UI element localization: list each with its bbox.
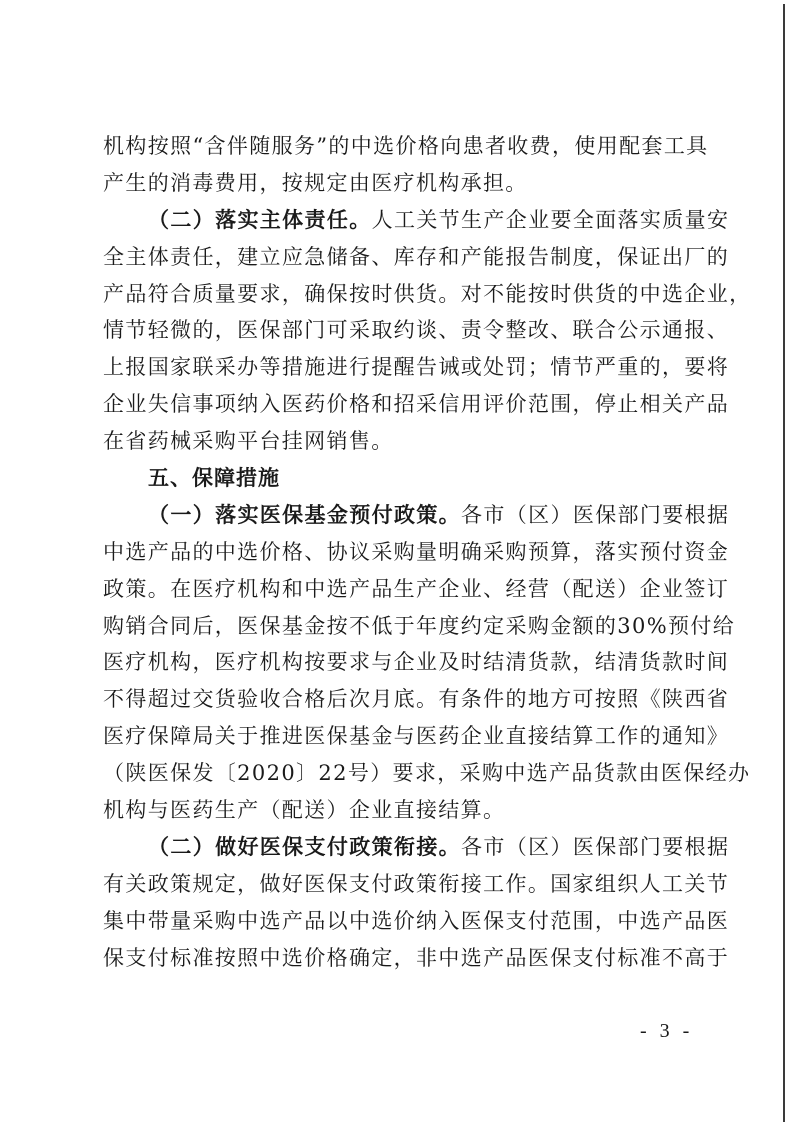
glyph: 陕 xyxy=(125,755,147,792)
glyph: 整 xyxy=(505,312,527,349)
glyph: 业 xyxy=(461,571,483,608)
glyph: 办 xyxy=(728,755,750,792)
glyph: 额 xyxy=(573,608,595,645)
glyph: 供 xyxy=(394,276,416,313)
glyph: 。 xyxy=(528,866,550,903)
glyph: 区 xyxy=(528,829,550,866)
glyph: 策 xyxy=(372,829,394,866)
text-line: 中选产品的中选价格、协议采购量明确采购预算，落实预付资金 xyxy=(103,534,695,571)
glyph: 市 xyxy=(483,829,505,866)
glyph: 有 xyxy=(103,866,125,903)
glyph: 时 xyxy=(461,644,483,681)
glyph: 0 xyxy=(252,755,267,792)
glyph: 机 xyxy=(148,644,170,681)
glyph: 预 xyxy=(640,534,662,571)
glyph: 诫 xyxy=(438,349,460,386)
section-heading: 五、保障措施 xyxy=(103,460,695,497)
glyph: 保 xyxy=(327,276,349,313)
glyph: 保 xyxy=(595,829,617,866)
glyph: 医 xyxy=(461,903,483,940)
glyph: 中 xyxy=(260,940,282,977)
glyph: 2 xyxy=(267,755,282,792)
glyph: 企 xyxy=(684,276,706,313)
glyph: 付 xyxy=(662,534,684,571)
glyph: 中 xyxy=(125,903,147,940)
glyph: 选 xyxy=(461,940,483,977)
text-line: 政策。在医疗机构和中选产品生产企业、经营（配送）企业签订 xyxy=(103,571,695,608)
glyph: 款 xyxy=(550,644,572,681)
glyph: 随 xyxy=(249,128,271,165)
glyph: 区 xyxy=(528,497,550,534)
glyph: 经 xyxy=(505,571,527,608)
glyph: 发 xyxy=(192,755,214,792)
glyph: 付 xyxy=(327,829,349,866)
glyph: 符 xyxy=(148,276,170,313)
glyph: 付 xyxy=(690,608,712,645)
glyph: 国 xyxy=(550,866,572,903)
glyph: ） xyxy=(550,829,572,866)
glyph: 微 xyxy=(170,312,192,349)
glyph: 有 xyxy=(438,681,460,718)
glyph: 和 xyxy=(371,386,393,423)
glyph: 销 xyxy=(125,608,147,645)
glyph: 部 xyxy=(282,312,304,349)
glyph: 议 xyxy=(349,534,371,571)
glyph: 按 xyxy=(349,276,371,313)
glyph: 格 xyxy=(418,128,440,165)
glyph: 月 xyxy=(371,681,393,718)
glyph: 要 xyxy=(662,829,684,866)
text-line: 医疗保障局关于推进医保基金与医药企业直接结算工作的通知》 xyxy=(103,718,695,755)
glyph: 高 xyxy=(684,940,706,977)
glyph: 得 xyxy=(125,681,147,718)
glyph: 中 xyxy=(304,571,326,608)
glyph: 医 xyxy=(573,497,595,534)
glyph: 衔 xyxy=(438,866,460,903)
glyph: 令 xyxy=(483,312,505,349)
glyph: 以 xyxy=(327,903,349,940)
glyph: 》 xyxy=(707,718,729,755)
glyph: 中 xyxy=(215,534,237,571)
glyph: 实 xyxy=(237,497,259,534)
glyph: 含 xyxy=(205,128,227,165)
glyph: ， xyxy=(573,534,595,571)
glyph: 服 xyxy=(272,128,294,165)
glyph: 的 xyxy=(640,349,662,386)
glyph: 实 xyxy=(237,202,259,239)
glyph: 采 xyxy=(349,312,371,349)
glyph: 中 xyxy=(103,534,125,571)
text-line: 保支付标准按照中选价格确定，非中选产品医保支付标准不高于 xyxy=(103,940,695,977)
glyph: 按 xyxy=(327,608,349,645)
glyph: 医 xyxy=(260,497,282,534)
glyph: 业 xyxy=(528,202,550,239)
glyph: 厂 xyxy=(684,239,706,276)
glyph: 品 xyxy=(371,571,393,608)
glyph: 业 xyxy=(483,718,505,755)
glyph: 的 xyxy=(640,718,662,755)
glyph: 按 xyxy=(215,940,237,977)
glyph: ） xyxy=(193,202,215,239)
glyph: 提 xyxy=(371,349,393,386)
glyph: 。 xyxy=(416,681,438,718)
glyph: ， xyxy=(215,312,237,349)
glyph: 品 xyxy=(571,755,593,792)
glyph: 局 xyxy=(192,718,214,755)
glyph: 产 xyxy=(483,202,505,239)
glyph: 要 xyxy=(550,202,572,239)
glyph: 任 xyxy=(327,202,349,239)
glyph: 、 xyxy=(438,312,460,349)
glyph: 范 xyxy=(528,386,550,423)
glyph: 选 xyxy=(640,903,662,940)
glyph: 疗 xyxy=(125,718,147,755)
text-line: （一）落实医保基金预付政策。各市（区）医保部门要根据 xyxy=(103,497,695,534)
glyph: 策 xyxy=(125,571,147,608)
glyph: 0 xyxy=(281,755,296,792)
glyph: 品 xyxy=(304,903,326,940)
glyph: 价 xyxy=(327,386,349,423)
glyph: 上 xyxy=(103,349,125,386)
glyph: 定 xyxy=(215,866,237,903)
glyph: 金 xyxy=(550,608,572,645)
glyph: 度 xyxy=(438,608,460,645)
glyph: 产 xyxy=(549,755,571,792)
glyph: 一 xyxy=(170,497,192,534)
glyph: 付 xyxy=(528,903,550,940)
glyph: 企 xyxy=(438,571,460,608)
glyph: 品 xyxy=(170,534,192,571)
glyph: 信 xyxy=(438,386,460,423)
glyph: 信 xyxy=(170,386,192,423)
glyph: “ xyxy=(192,128,204,165)
glyph: 质 xyxy=(662,202,684,239)
glyph: 中 xyxy=(640,276,662,313)
glyph: 求 xyxy=(260,276,282,313)
glyph: 推 xyxy=(260,718,282,755)
glyph: 、 xyxy=(304,534,326,571)
glyph: 关 xyxy=(416,202,438,239)
glyph: 产 xyxy=(103,276,125,313)
glyph: 措 xyxy=(282,349,304,386)
page-number: - 3 - xyxy=(640,1020,693,1043)
glyph: 陕 xyxy=(662,681,684,718)
glyph: 按 xyxy=(595,681,617,718)
glyph: 中 xyxy=(349,903,371,940)
glyph: 照 xyxy=(237,940,259,977)
glyph: 不 xyxy=(483,276,505,313)
glyph: 策 xyxy=(416,497,438,534)
glyph: 照 xyxy=(617,681,639,718)
glyph: 备 xyxy=(349,239,371,276)
glyph: 可 xyxy=(573,681,595,718)
glyph: 中 xyxy=(237,903,259,940)
glyph: 保 xyxy=(483,903,505,940)
glyph: 能 xyxy=(505,276,527,313)
glyph: 纳 xyxy=(416,903,438,940)
glyph: 应 xyxy=(282,239,304,276)
glyph: 保 xyxy=(282,829,304,866)
glyph: 量 xyxy=(416,534,438,571)
glyph: 求 xyxy=(415,755,437,792)
glyph: 格 xyxy=(327,940,349,977)
glyph: 。 xyxy=(148,571,170,608)
glyph: 配 xyxy=(573,571,595,608)
glyph: 产 xyxy=(349,571,371,608)
glyph: 采 xyxy=(505,608,527,645)
glyph: 验 xyxy=(237,681,259,718)
glyph: 货 xyxy=(416,276,438,313)
glyph: ， xyxy=(215,239,237,276)
glyph: 任 xyxy=(192,239,214,276)
glyph: 据 xyxy=(707,829,729,866)
glyph: （ xyxy=(148,202,170,239)
glyph: 协 xyxy=(327,534,349,571)
glyph: 围 xyxy=(550,386,572,423)
glyph: 保 xyxy=(260,608,282,645)
glyph: 策 xyxy=(170,866,192,903)
glyph: 的 xyxy=(595,608,617,645)
glyph: 采 xyxy=(460,755,482,792)
glyph: 年 xyxy=(416,608,438,645)
glyph: 给 xyxy=(713,608,735,645)
glyph: 门 xyxy=(640,829,662,866)
line-text: 机构与医药生产（配送）企业直接结算。 xyxy=(103,792,505,829)
glyph: 采 xyxy=(371,534,393,571)
glyph: 医 xyxy=(103,718,125,755)
glyph: 。 xyxy=(349,202,371,239)
text-line: 情节轻微的，医保部门可采取约谈、责令整改、联合公示通报、 xyxy=(103,312,695,349)
glyph: 货 xyxy=(528,644,550,681)
glyph: 合 xyxy=(170,276,192,313)
glyph: 购 xyxy=(505,534,527,571)
glyph: 支 xyxy=(305,829,327,866)
glyph: 的 xyxy=(192,312,214,349)
glyph: 业 xyxy=(416,644,438,681)
glyph: 价 xyxy=(260,534,282,571)
glyph: 急 xyxy=(304,239,326,276)
glyph: 按 xyxy=(528,276,550,313)
glyph: （ xyxy=(506,497,528,534)
glyph: 入 xyxy=(438,903,460,940)
glyph: 收 xyxy=(507,128,529,165)
glyph: 医 xyxy=(528,940,550,977)
glyph: 各 xyxy=(461,829,483,866)
glyph: 工 xyxy=(664,128,686,165)
text-line: 购销合同后，医保基金按不低于年度约定采购金额的30%预付给 xyxy=(103,608,695,645)
glyph: ， xyxy=(394,940,416,977)
glyph: 资 xyxy=(684,534,706,571)
glyph: 通 xyxy=(662,718,684,755)
glyph: 预 xyxy=(528,534,550,571)
glyph: 照 xyxy=(170,128,192,165)
glyph: 后 xyxy=(192,608,214,645)
glyph: 明 xyxy=(438,534,460,571)
glyph: 重 xyxy=(617,349,639,386)
glyph: 保 xyxy=(148,718,170,755)
glyph: 。 xyxy=(438,276,460,313)
glyph: 金 xyxy=(371,718,393,755)
glyph: 体 xyxy=(282,202,304,239)
glyph: 量 xyxy=(215,276,237,313)
glyph: 付 xyxy=(371,866,393,903)
glyph: 向 xyxy=(440,128,462,165)
glyph: 处 xyxy=(483,349,505,386)
glyph: 2 xyxy=(237,755,252,792)
glyph: 中 xyxy=(438,940,460,977)
glyph: 进 xyxy=(282,718,304,755)
glyph: 非 xyxy=(416,940,438,977)
glyph: 于 xyxy=(394,608,416,645)
glyph: 二 xyxy=(170,829,192,866)
glyph: 醒 xyxy=(394,349,416,386)
glyph: （ xyxy=(103,755,125,792)
glyph: 保 xyxy=(327,718,349,755)
glyph: 预 xyxy=(349,497,371,534)
glyph: 要 xyxy=(237,276,259,313)
glyph: 保 xyxy=(260,312,282,349)
glyph: 施 xyxy=(304,349,326,386)
glyph: 货 xyxy=(595,276,617,313)
glyph: 停 xyxy=(595,386,617,423)
glyph: 告 xyxy=(416,349,438,386)
glyph: 的 xyxy=(707,239,729,276)
glyph: ） xyxy=(193,497,215,534)
glyph: 生 xyxy=(394,571,416,608)
glyph: 做 xyxy=(215,829,237,866)
glyph: 节 xyxy=(125,312,147,349)
glyph: 保 xyxy=(550,940,572,977)
glyph: 止 xyxy=(617,386,639,423)
glyph: 购 xyxy=(103,608,125,645)
text-line: 医疗机构，医疗机构按要求与企业及时结清货款，结清货款时间 xyxy=(103,644,695,681)
glyph: 进 xyxy=(327,349,349,386)
glyph: 医 xyxy=(573,829,595,866)
glyph: 报 xyxy=(125,349,147,386)
glyph: 医 xyxy=(260,829,282,866)
glyph: 产 xyxy=(148,534,170,571)
glyph: 机 xyxy=(103,128,125,165)
glyph: 情 xyxy=(550,349,572,386)
glyph: 主 xyxy=(260,202,282,239)
glyph: 支 xyxy=(573,940,595,977)
glyph: 及 xyxy=(438,644,460,681)
glyph: 保 xyxy=(327,866,349,903)
glyph: 评 xyxy=(483,386,505,423)
glyph: 策 xyxy=(416,866,438,903)
glyph: 工 xyxy=(662,866,684,903)
glyph: 等 xyxy=(260,349,282,386)
glyph: 中 xyxy=(504,755,526,792)
glyph: 保 xyxy=(595,497,617,534)
glyph: 企 xyxy=(506,202,528,239)
glyph: （ xyxy=(148,497,170,534)
glyph: ， xyxy=(437,755,459,792)
glyph: 联 xyxy=(573,312,595,349)
glyph: 构 xyxy=(260,571,282,608)
glyph: 将 xyxy=(707,349,729,386)
glyph: 清 xyxy=(617,644,639,681)
glyph: 招 xyxy=(394,386,416,423)
glyph: 织 xyxy=(617,866,639,903)
glyph: 品 xyxy=(505,940,527,977)
glyph: 建 xyxy=(237,239,259,276)
glyph: ； xyxy=(528,349,550,386)
glyph: 医 xyxy=(237,312,259,349)
glyph: 合 xyxy=(148,608,170,645)
glyph: 于 xyxy=(237,718,259,755)
glyph: 联 xyxy=(192,349,214,386)
glyph: 和 xyxy=(282,571,304,608)
glyph: 知 xyxy=(684,718,706,755)
glyph: 疗 xyxy=(215,571,237,608)
glyph: 入 xyxy=(260,386,282,423)
glyph: 药 xyxy=(304,386,326,423)
glyph: 基 xyxy=(282,608,304,645)
glyph: （ xyxy=(148,829,170,866)
glyph: 保 xyxy=(683,755,705,792)
glyph: 、 xyxy=(371,239,393,276)
glyph: 存 xyxy=(416,239,438,276)
glyph: 、 xyxy=(550,312,572,349)
glyph: 省 xyxy=(707,681,729,718)
glyph: 基 xyxy=(305,497,327,534)
glyph: 地 xyxy=(528,681,550,718)
glyph: 示 xyxy=(640,312,662,349)
text-line: （二）落实主体责任。人工关节生产企业要全面落实质量安 xyxy=(103,202,695,239)
glyph: 门 xyxy=(304,312,326,349)
glyph: 低 xyxy=(371,608,393,645)
glyph: 保 xyxy=(282,497,304,534)
text-line: （二）做好医保支付政策衔接。各市（区）医保部门要根据 xyxy=(103,829,695,866)
glyph: 按 xyxy=(304,644,326,681)
glyph: 严 xyxy=(595,349,617,386)
glyph: 构 xyxy=(282,644,304,681)
glyph: ， xyxy=(215,608,237,645)
glyph: 体 xyxy=(148,239,170,276)
glyph: 政 xyxy=(349,829,371,866)
glyph: 公 xyxy=(617,312,639,349)
glyph: 算 xyxy=(573,718,595,755)
glyph: 合 xyxy=(282,681,304,718)
glyph: 确 xyxy=(461,534,483,571)
glyph: 医 xyxy=(148,755,170,792)
glyph: 结 xyxy=(595,644,617,681)
glyph: 储 xyxy=(327,239,349,276)
glyph: 责 xyxy=(170,239,192,276)
glyph: 节 xyxy=(707,866,729,903)
glyph: 使 xyxy=(574,128,596,165)
glyph: 格 xyxy=(282,534,304,571)
glyph: ） xyxy=(193,829,215,866)
glyph: 失 xyxy=(148,386,170,423)
text-line: 机构按照“含伴随服务”的中选价格向患者收费，使用配套工具 xyxy=(103,128,695,165)
glyph: （ xyxy=(550,571,572,608)
line-text: 在省药械采购平台挂网销售。 xyxy=(103,423,394,460)
glyph: 供 xyxy=(573,276,595,313)
glyph: 纳 xyxy=(237,386,259,423)
glyph: 者 xyxy=(485,128,507,165)
glyph: 方 xyxy=(550,681,572,718)
glyph: 接 xyxy=(416,829,438,866)
glyph: 超 xyxy=(148,681,170,718)
glyph: 的 xyxy=(192,534,214,571)
text-line: 产生的消毒费用，按规定由医疗机构承担。 xyxy=(103,165,695,202)
glyph: ， xyxy=(595,903,617,940)
glyph: 。 xyxy=(439,829,461,866)
glyph: 医 xyxy=(103,644,125,681)
text-line: 全主体责任，建立应急储备、库存和产能报告制度，保证出厂的 xyxy=(103,239,695,276)
